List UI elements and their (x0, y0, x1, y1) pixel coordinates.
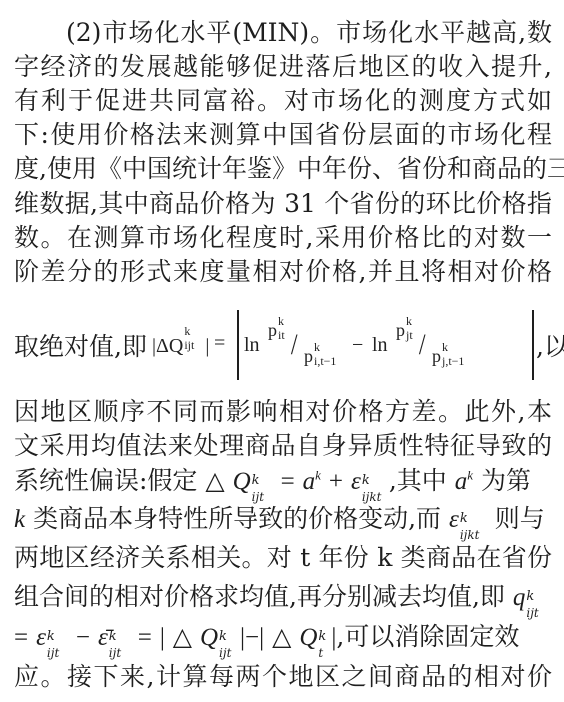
equals-symbol: = (281, 468, 295, 495)
Q-symbol: Q (233, 468, 251, 495)
num2-sup: k (406, 314, 412, 329)
formula-line-relative-price: 取绝对值,即 |ΔQkijt| = ln pkit / pki,t−1 − ln… (14, 308, 552, 384)
fraction-slash-2: / (419, 328, 426, 362)
a-symbol: a (303, 468, 316, 495)
minus-symbol: − (76, 624, 90, 651)
assume-text-3: 为第 (481, 466, 531, 495)
a-symbol-2: a (455, 468, 468, 495)
plus-symbol: + (329, 468, 343, 495)
formula-lhs-sup: k (184, 324, 190, 339)
den2-p: p (432, 346, 441, 366)
text-line-group: 组合间的相对价格求均值,再分别减去均值,即 qkijt (14, 582, 552, 612)
den2-sub: j,t−1 (442, 354, 464, 369)
formula-ln-1: ln (244, 334, 260, 357)
num1-p: p (268, 320, 277, 340)
epsilon-bar-symbol: ε̄ (98, 624, 108, 651)
epsilon-symbol: ε (449, 506, 459, 533)
assume-text-2: ,其中 (389, 466, 447, 495)
text-line-3: 有利于促进共同富裕。对市场化的测度方式如 (14, 86, 552, 116)
formula-equals: = (214, 332, 225, 355)
Q-symbol-2: Q (299, 624, 317, 651)
text-line-9: 因地区顺序不同而影响相对价格方差。此外,本 (14, 397, 552, 427)
formula-prefix-text: 取绝对值,即 (14, 332, 147, 362)
epsilon-symbol: ε (351, 468, 361, 495)
equation-tail-text: ,可以消除固定效 (336, 622, 519, 651)
formula-lhs-sub: ijt (184, 338, 194, 353)
q-symbol: q (513, 584, 526, 611)
delta-symbol: △ (205, 468, 224, 495)
text-line-4: 下:使用价格法来测算中国省份层面的市场化程 (14, 120, 552, 150)
text-line-10: 文采用均值法来处理商品自身异质性特征导致的 (14, 431, 552, 461)
num1-sub: it (278, 328, 285, 343)
formula-suffix: ,以避免 (536, 332, 564, 362)
formula-lhs: |ΔQkijt| (152, 332, 209, 358)
formula-lhs-symbol: |ΔQ (152, 335, 183, 357)
formula-num-2: pkjt (396, 320, 405, 341)
abs-bar-right (532, 310, 534, 380)
minus-symbol-2: − (245, 624, 259, 651)
abs-bar-left (237, 310, 239, 380)
group-text: 组合间的相对价格求均值,再分别减去均值,即 (14, 582, 505, 611)
k-symbol: k (14, 506, 25, 533)
num1-sup: k (278, 314, 284, 329)
text-line-6: 维数据,其中商品价格为 31 个省份的环比价格指 (14, 189, 552, 219)
text-line-1: (2)市场化水平(MIN)。市场化水平越高,数 (66, 18, 552, 48)
den1-sub: i,t−1 (314, 354, 336, 369)
formula-num-1: pkit (268, 320, 277, 341)
text-line-k: k 类商品本身特性所导致的价格变动,而 εkijkt 则与 (14, 504, 552, 534)
equals-symbol-2: = (138, 624, 152, 651)
a2-sup: k (467, 468, 473, 483)
delta-symbol-1: △ (173, 624, 192, 651)
abs-open-1: | (160, 624, 165, 651)
epsilon-symbol: ε (36, 624, 46, 651)
num2-p: p (396, 320, 405, 340)
text-line-5: 度,使用《中国统计年鉴》中年份、省份和商品的三 (14, 154, 552, 184)
text-line-assume: 系统性偏误:假定 △ Qkijt = ak + εkijkt,其中 ak 为第 (14, 466, 552, 496)
paper-page: (2)市场化水平(MIN)。市场化水平越高,数 字经济的发展越能够促进落后地区的… (0, 0, 564, 702)
delta-symbol-2: △ (272, 624, 291, 651)
den1-p: p (304, 346, 313, 366)
text-line-equation: = εkijt − ε̄kijt = | △ Qkijt|−| △ Qkt|,可… (14, 622, 552, 652)
fraction-slash-1: / (291, 328, 298, 362)
text-line-8: 阶差分的形式来度量相对价格,并且将相对价格 (14, 257, 552, 287)
k-text-2: 则与 (495, 504, 545, 533)
formula-minus: − (352, 334, 363, 357)
Q-symbol-1: Q (200, 624, 218, 651)
a-sup: k (315, 468, 321, 483)
k-text-1: 类商品本身特性所导致的价格变动,而 (33, 504, 441, 533)
den1-sup: k (314, 340, 320, 355)
text-line-7: 数。在测算市场化程度时,采用价格比的对数一 (14, 223, 552, 253)
assume-text-1: 系统性偏误:假定 (14, 466, 197, 495)
text-line-2: 字经济的发展越能够促进落后地区的收入提升, (14, 52, 552, 82)
formula-den-2: pkj,t−1 (432, 346, 441, 367)
text-line-two-regions: 两地区经济关系相关。对 t 年份 k 类商品在省份 (14, 543, 552, 573)
num2-sub: jt (406, 328, 413, 343)
equals-symbol: = (14, 624, 28, 651)
den2-sup: k (442, 340, 448, 355)
formula-den-1: pki,t−1 (304, 346, 313, 367)
text-line-last: 应。接下来,计算每两个地区之间商品的相对价 (14, 662, 552, 692)
abs-open-2: | (259, 624, 264, 651)
formula-ln-2: ln (372, 334, 388, 357)
